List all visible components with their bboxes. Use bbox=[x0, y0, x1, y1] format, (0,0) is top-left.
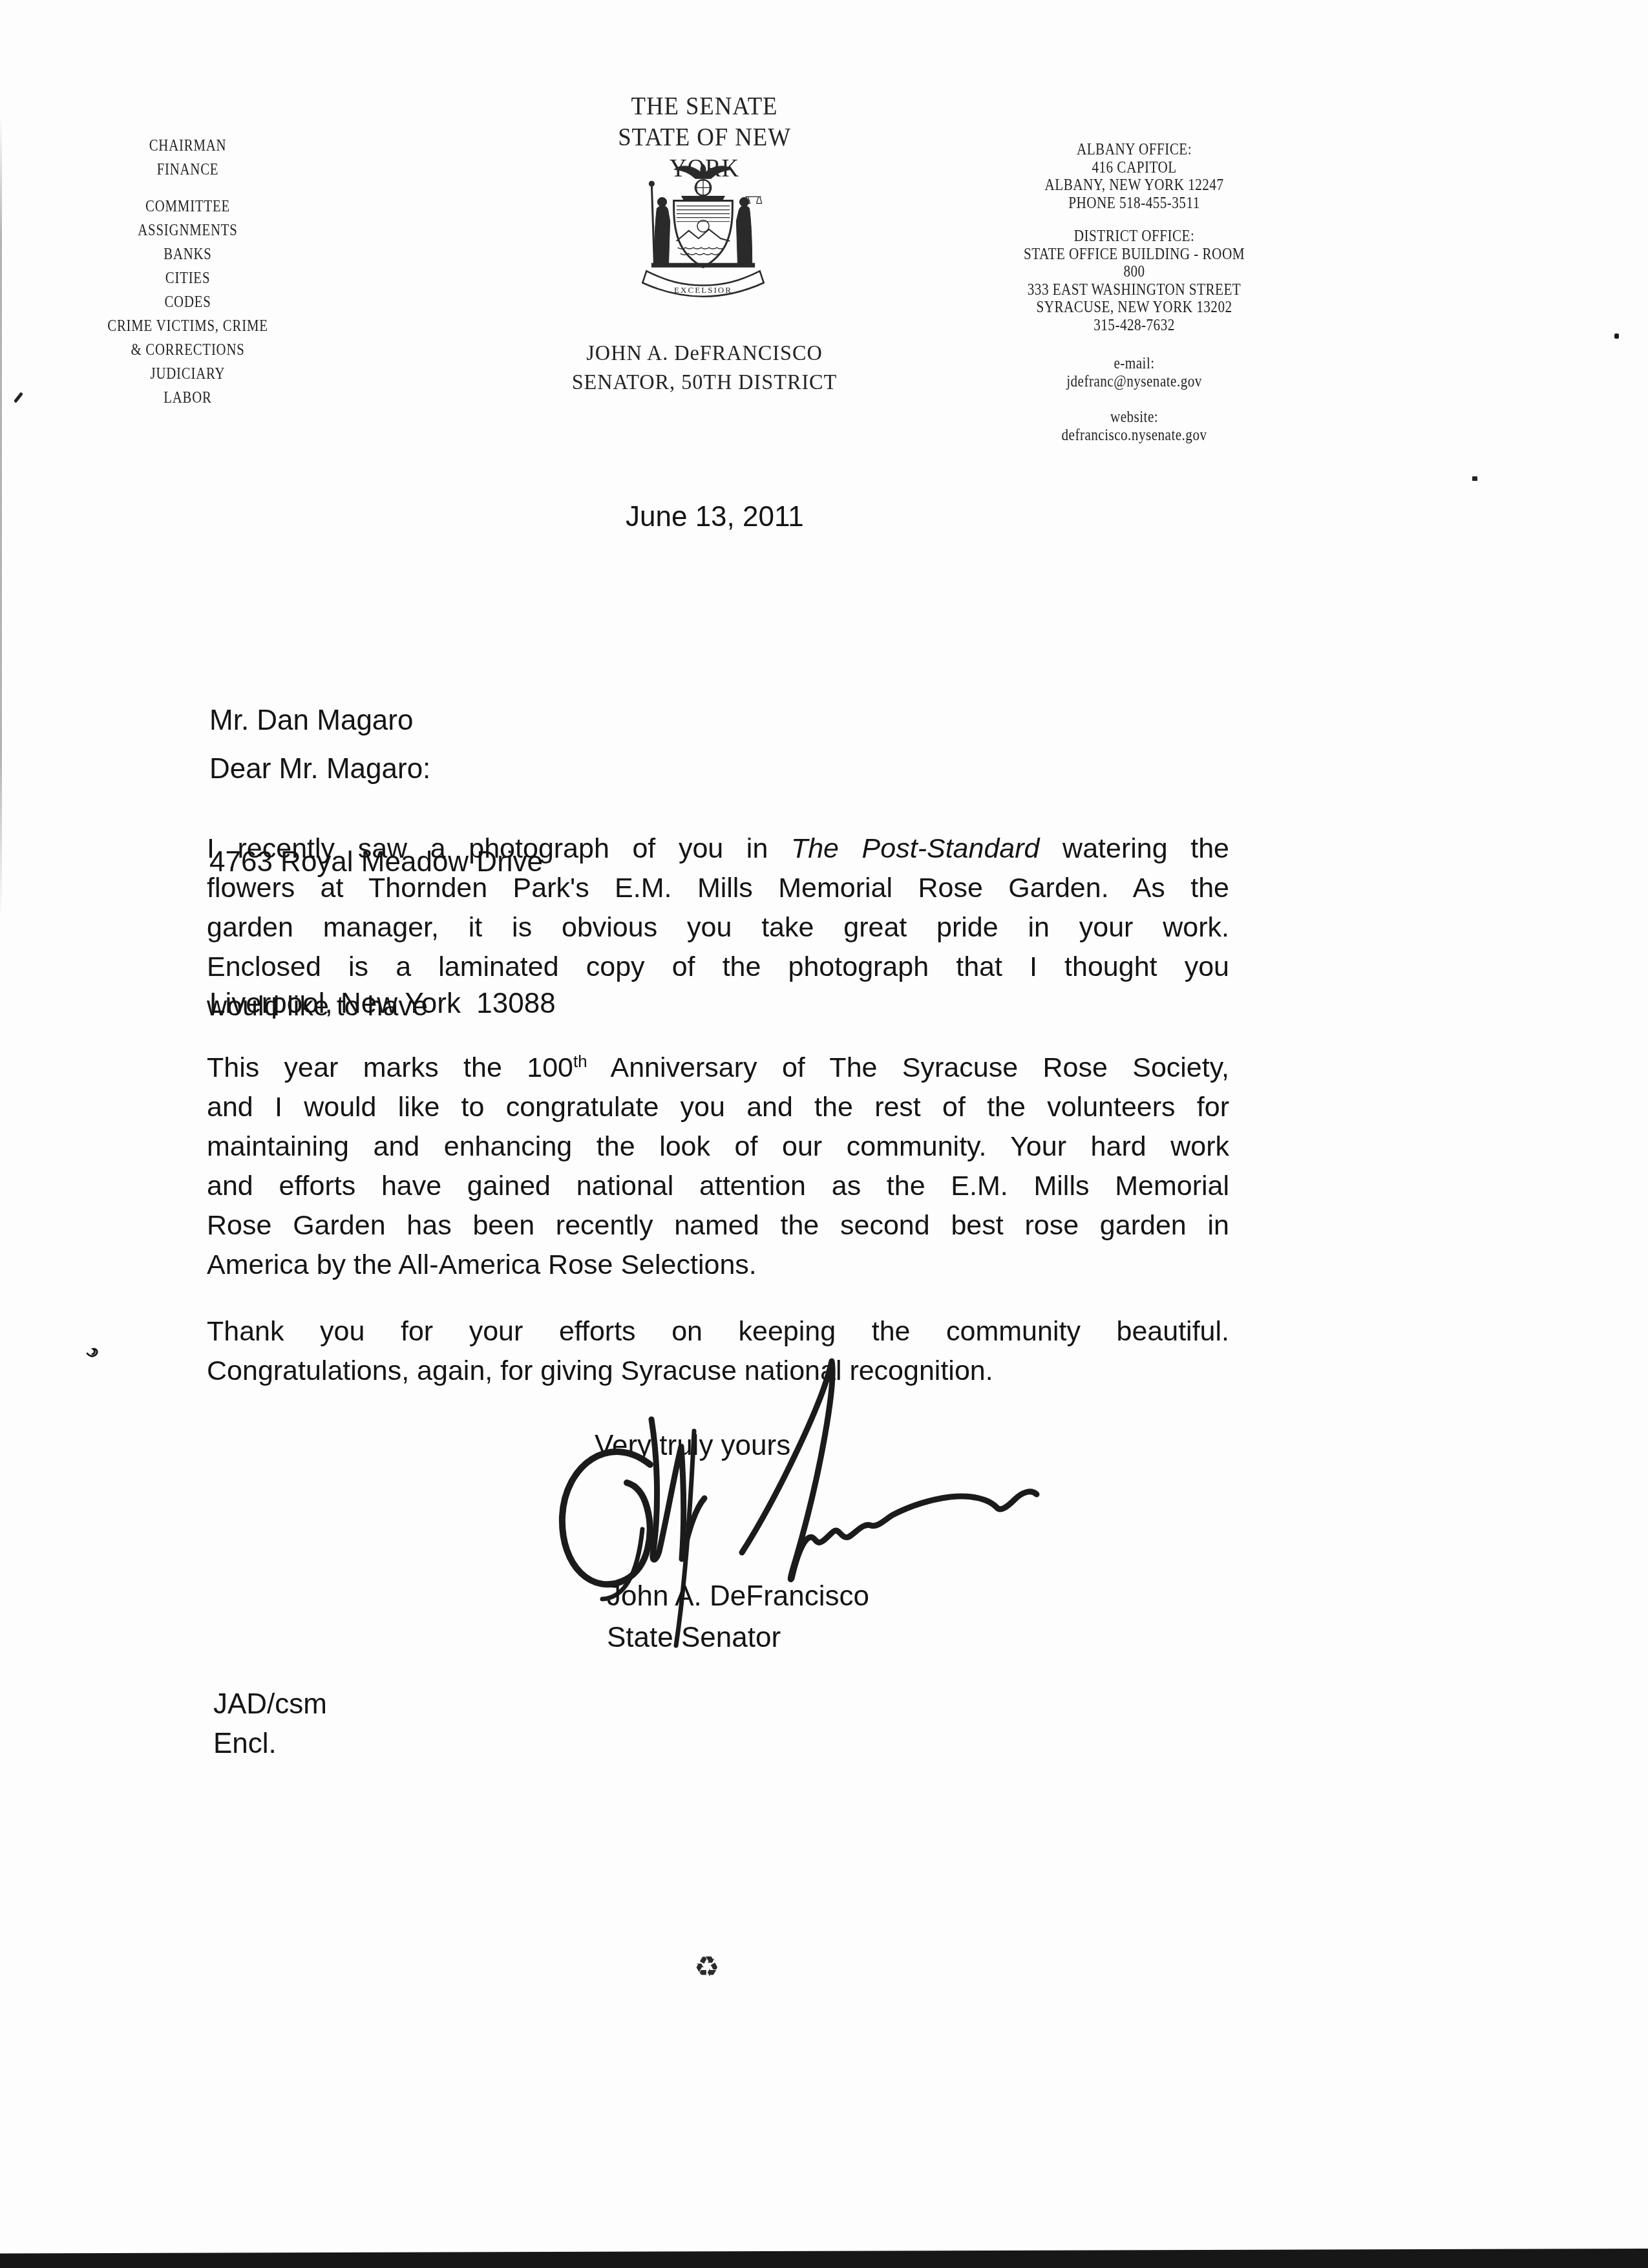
excelsior-motto: EXCELSIOR bbox=[674, 285, 732, 295]
reference-block: JAD/csm Encl. bbox=[213, 1684, 327, 1763]
chairman-committee: FINANCE bbox=[99, 157, 277, 181]
paragraph-line: Congratulations, again, for giving Syrac… bbox=[207, 1351, 1229, 1391]
closing-phrase: Very truly yours, bbox=[595, 1430, 798, 1462]
albany-office-address: 416 CAPITOL bbox=[1019, 159, 1250, 177]
committee-assignments-block: CHAIRMAN FINANCE COMMITTEE ASSIGNMENTS B… bbox=[99, 133, 277, 409]
paragraph-line: Enclosed is a laminated copy of the phot… bbox=[207, 948, 1229, 987]
committee-item: JUDICIARY bbox=[99, 361, 277, 385]
albany-office-phone: PHONE 518-455-3511 bbox=[1019, 195, 1250, 213]
stray-ink-tick bbox=[14, 392, 23, 403]
committee-item: CITIES bbox=[99, 266, 277, 290]
enclosure-note: Encl. bbox=[213, 1724, 327, 1763]
scanner-bottom-band bbox=[0, 2246, 1648, 2268]
signature-block: John A. DeFrancisco State Senator bbox=[607, 1576, 869, 1659]
district-office-address: STATE OFFICE BUILDING - ROOM 800 bbox=[1019, 246, 1250, 281]
ordinal-superscript: th bbox=[573, 1053, 587, 1071]
website-address: defrancisco.nysenate.gov bbox=[1019, 427, 1250, 445]
district-office-address: SYRACUSE, NEW YORK 13202 bbox=[1019, 299, 1250, 317]
paragraph-line: maintaining and enhancing the look of ou… bbox=[207, 1127, 1229, 1167]
paragraph-line: Thank you for your efforts on keeping th… bbox=[207, 1312, 1229, 1351]
scanned-letter-page: CHAIRMAN FINANCE COMMITTEE ASSIGNMENTS B… bbox=[0, 0, 1648, 2268]
committee-item: CODES bbox=[99, 290, 277, 313]
albany-office-address: ALBANY, NEW YORK 12247 bbox=[1019, 176, 1250, 195]
signer-title: State Senator bbox=[607, 1617, 869, 1659]
recipient-name: Mr. Dan Magaro bbox=[209, 697, 556, 744]
committee-assignments-title: COMMITTEE ASSIGNMENTS bbox=[99, 194, 277, 242]
committee-item: CRIME VICTIMS, CRIME bbox=[99, 313, 277, 337]
body-paragraph-3: Thank you for your efforts on keeping th… bbox=[207, 1312, 1229, 1391]
committee-item: LABOR bbox=[99, 385, 277, 409]
paragraph-line: flowers at Thornden Park's E.M. Mills Me… bbox=[207, 869, 1229, 908]
stray-ink-squiggle bbox=[85, 1347, 101, 1360]
scanner-left-edge-artifact bbox=[0, 116, 2, 918]
senator-identity: JOHN A. DeFRANCISCO SENATOR, 50TH DISTRI… bbox=[566, 339, 843, 397]
paragraph-line: garden manager, it is obvious you take g… bbox=[207, 908, 1229, 948]
signer-name: John A. DeFrancisco bbox=[607, 1576, 869, 1617]
website-label: website: bbox=[1019, 408, 1250, 427]
district-office-phone: 315-428-7632 bbox=[1019, 317, 1250, 335]
typist-reference: JAD/csm bbox=[213, 1684, 327, 1724]
recycle-icon: ♻ bbox=[694, 1951, 719, 1984]
email-label: e-mail: bbox=[1019, 355, 1250, 373]
district-office-address: 333 EAST WASHINGTON STREET bbox=[1019, 281, 1250, 299]
offices-block: ALBANY OFFICE: 416 CAPITOL ALBANY, NEW Y… bbox=[1019, 141, 1250, 444]
newspaper-name-italic: The Post-Standard bbox=[791, 833, 1040, 864]
paragraph-line: America by the All-America Rose Selectio… bbox=[207, 1245, 1229, 1285]
paragraph-line: and efforts have gained national attenti… bbox=[207, 1167, 1229, 1206]
email-address: jdefranc@nysenate.gov bbox=[1019, 373, 1250, 391]
committee-item: BANKS bbox=[99, 242, 277, 266]
paragraph-line: would like to have bbox=[207, 987, 1229, 1026]
committee-item: & CORRECTIONS bbox=[99, 337, 277, 361]
paragraph-line: I recently saw a photograph of you in Th… bbox=[207, 829, 1229, 869]
district-office-title: DISTRICT OFFICE: bbox=[1019, 228, 1250, 246]
senator-district: SENATOR, 50TH DISTRICT bbox=[566, 368, 843, 397]
chairman-label: CHAIRMAN bbox=[99, 133, 277, 157]
new-york-state-seal-icon: EXCELSIOR bbox=[622, 159, 785, 322]
salutation: Dear Mr. Magaro: bbox=[209, 753, 430, 785]
albany-office-title: ALBANY OFFICE: bbox=[1019, 141, 1250, 159]
body-paragraph-1: I recently saw a photograph of you in Th… bbox=[207, 829, 1229, 1026]
letter-date: June 13, 2011 bbox=[626, 501, 804, 533]
body-paragraph-2: This year marks the 100th Anniversary of… bbox=[207, 1048, 1229, 1285]
paragraph-line: This year marks the 100th Anniversary of… bbox=[207, 1048, 1229, 1088]
senator-name: JOHN A. DeFRANCISCO bbox=[566, 339, 843, 368]
senate-title: THE SENATE bbox=[586, 90, 823, 122]
stray-ink-dot bbox=[1472, 476, 1477, 481]
paragraph-line: Rose Garden has been recently named the … bbox=[207, 1206, 1229, 1245]
paragraph-line: and I would like to congratulate you and… bbox=[207, 1088, 1229, 1127]
eagle-icon bbox=[675, 164, 732, 178]
stray-ink-dot bbox=[1614, 334, 1619, 339]
